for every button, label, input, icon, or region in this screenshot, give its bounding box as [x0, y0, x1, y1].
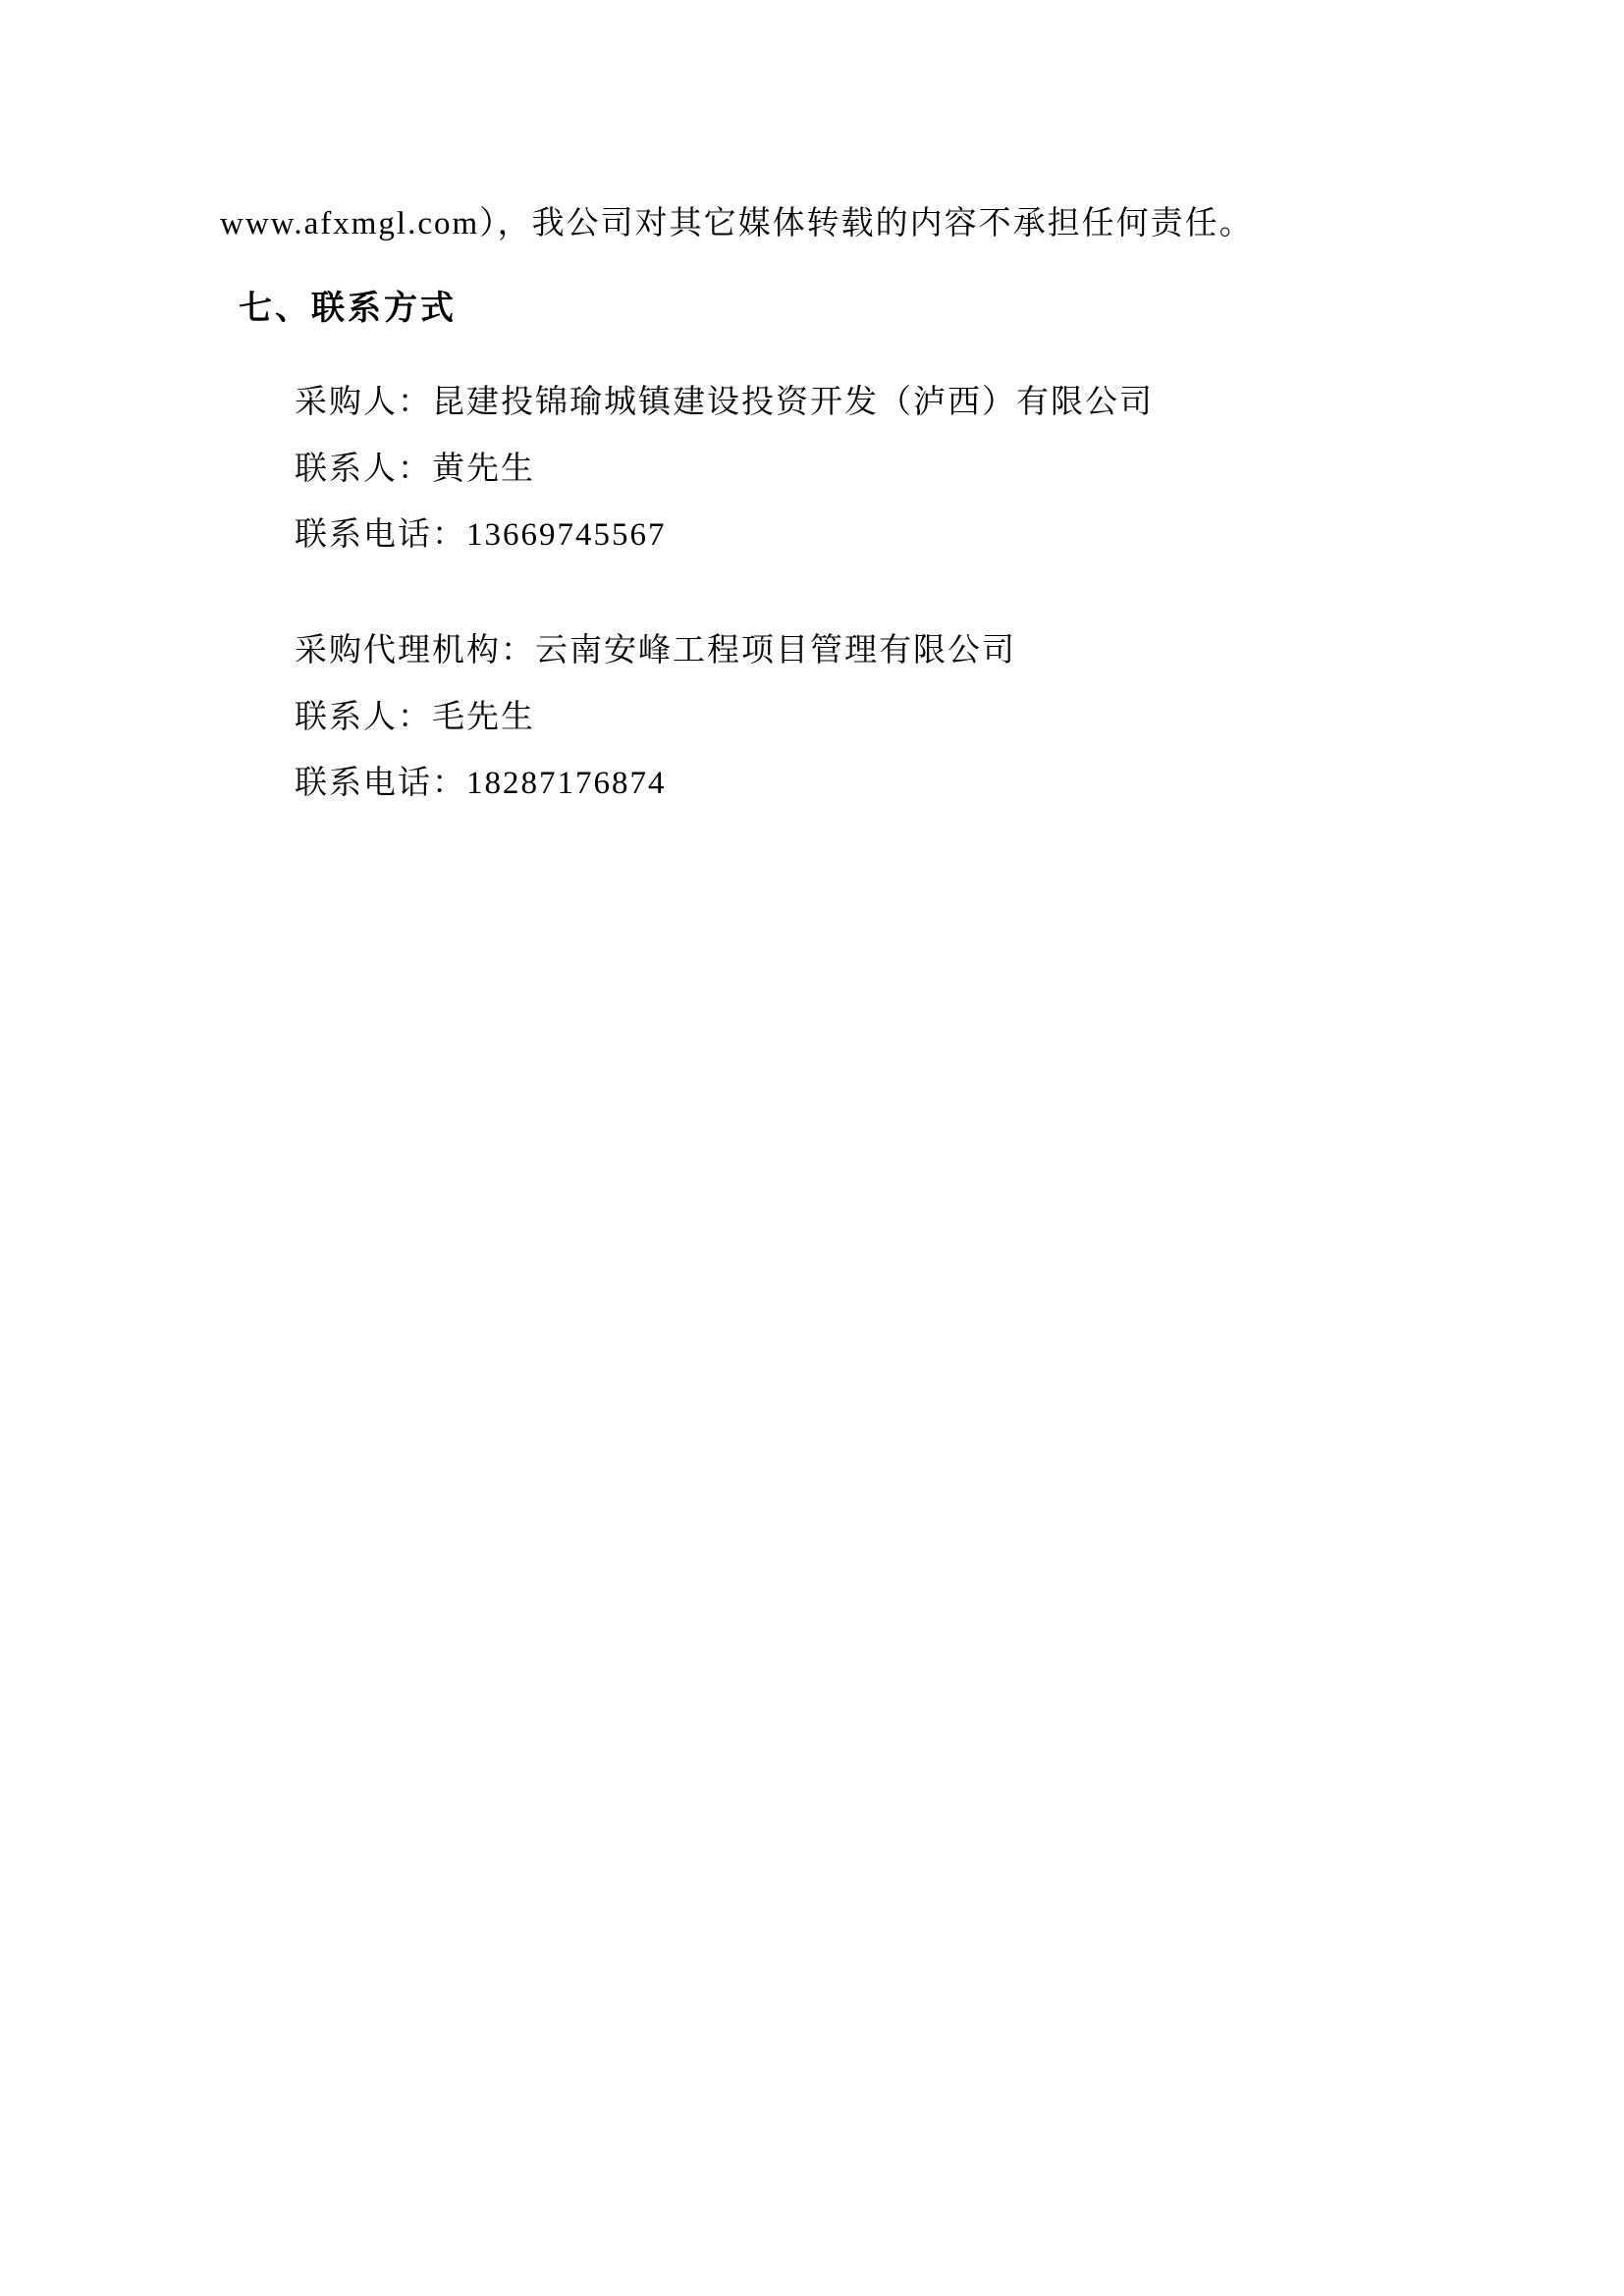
- agency-phone-line: 联系电话：18287176874: [295, 764, 667, 804]
- agency-line: 采购代理机构：云南安峰工程项目管理有限公司: [295, 631, 1016, 671]
- agency-contact-person-line: 联系人：毛先生: [295, 698, 535, 738]
- section-heading-contact-info: 七、联系方式: [239, 288, 457, 330]
- purchaser-line: 采购人：昆建投锦瑜城镇建设投资开发（泸西）有限公司: [295, 383, 1154, 423]
- disclaimer-paragraph-continuation: www.afxmgl.com），我公司对其它媒体转载的内容不承担任何责任。: [220, 204, 1254, 244]
- purchaser-phone-line: 联系电话：13669745567: [295, 515, 667, 556]
- document-page: www.afxmgl.com），我公司对其它媒体转载的内容不承担任何责任。 七、…: [0, 0, 1624, 2296]
- purchaser-contact-person-line: 联系人：黄先生: [295, 450, 535, 490]
